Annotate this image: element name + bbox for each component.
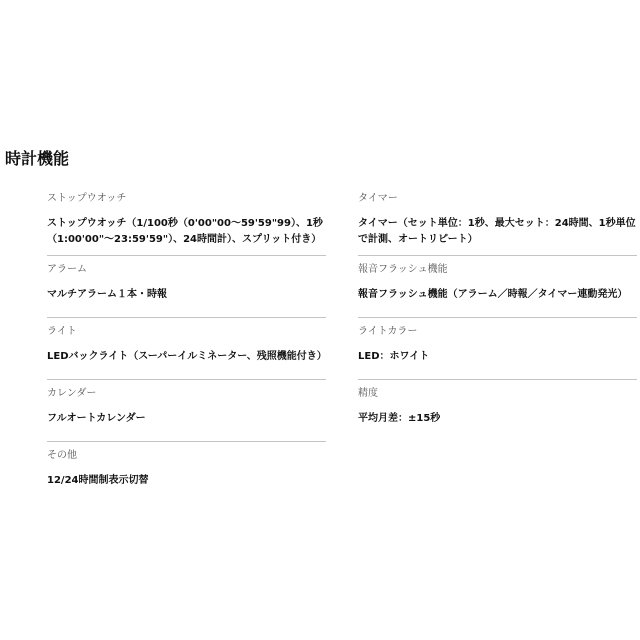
spec-label: その他 [47,449,326,463]
spec-item-flash-alert: 報音フラッシュ機能 報音フラッシュ機能（アラーム／時報／タイマー連動発光） [358,256,637,318]
spec-item-accuracy: 精度 平均月差：±15秒 [358,380,637,442]
spec-value: マルチアラーム１本・時報 [47,287,326,303]
spec-item-alarm: アラーム マルチアラーム１本・時報 [47,256,326,318]
section-title: 時計機能 [5,146,69,169]
spec-value: LED：ホワイト [358,349,637,365]
spec-item-light: ライト LEDバックライト（スーパーイルミネーター、残照機能付き） [47,318,326,380]
spec-label: カレンダー [47,387,326,401]
spec-label: ライト [47,325,326,339]
spec-label: 報音フラッシュ機能 [358,263,637,277]
spec-value: 報音フラッシュ機能（アラーム／時報／タイマー連動発光） [358,287,637,303]
spec-item-timer: タイマー タイマー（セット単位：1秒、最大セット：24時間、1秒単位で計測、オー… [358,185,637,256]
spec-item-calendar: カレンダー フルオートカレンダー [47,380,326,442]
spec-label: ライトカラー [358,325,637,339]
spec-value: フルオートカレンダー [47,411,326,427]
spec-item-stopwatch: ストップウオッチ ストップウオッチ（1/100秒（0'00"00～59'59"9… [47,185,326,256]
spec-value: 12/24時間制表示切替 [47,473,326,489]
spec-label: アラーム [47,263,326,277]
spec-value: 平均月差：±15秒 [358,411,637,427]
spec-column-right: タイマー タイマー（セット単位：1秒、最大セット：24時間、1秒単位で計測、オー… [358,185,637,442]
spec-label: ストップウオッチ [47,192,326,206]
spec-item-light-color: ライトカラー LED：ホワイト [358,318,637,380]
watch-features-page: 時計機能 ストップウオッチ ストップウオッチ（1/100秒（0'00"00～59… [0,0,640,640]
spec-item-other: その他 12/24時間制表示切替 [47,442,326,504]
spec-value: タイマー（セット単位：1秒、最大セット：24時間、1秒単位で計測、オートリピート… [358,216,637,248]
spec-value: LEDバックライト（スーパーイルミネーター、残照機能付き） [47,349,326,365]
spec-label: 精度 [358,387,637,401]
spec-value: ストップウオッチ（1/100秒（0'00"00～59'59"99）、1秒（1:0… [47,216,326,248]
spec-label: タイマー [358,192,637,206]
spec-column-left: ストップウオッチ ストップウオッチ（1/100秒（0'00"00～59'59"9… [47,185,326,504]
